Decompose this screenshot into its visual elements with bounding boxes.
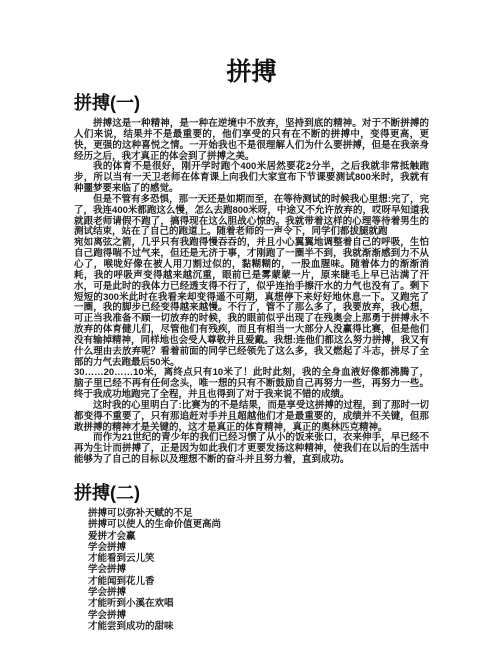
section-1-paragraph-5: 30……20……10米，离终点只有10米了！此时此刻，我的全身血液好像都沸腾了，… [74, 368, 429, 401]
section-2-heading: 拼搏(二) [74, 482, 429, 504]
section-1-paragraph-1: 拼搏这是一种精神，是一种在逆境中不放弃，坚持到底的精神。对于不断拼搏的人们来说，… [74, 119, 429, 162]
section-1-paragraph-2: 我的体育不是很好，刚开学时跑个400米居然要花2分半，之后我就非常抵触跑步，所以… [74, 162, 429, 195]
section-1-paragraph-6: 这时我的心里明白了:比赛为的不是结果，而是享受这拼搏的过程，到了那时一切都变得不… [74, 401, 429, 434]
poem-line-8: 学会拼搏 [88, 587, 429, 598]
poem-line-9: 才能听到小溪在欢唱 [88, 598, 429, 609]
poem-line-4: 学会拼搏 [88, 542, 429, 553]
poem-line-2: 拼搏可以使人的生命价值更高尚 [88, 519, 429, 530]
poem-block: 拼搏可以弥补天赋的不足 拼搏可以使人的生命价值更高尚 爱拼才会赢 学会拼搏 才能… [88, 508, 429, 632]
poem-line-6: 学会拼搏 [88, 564, 429, 575]
section-1-paragraph-7: 而作为21世纪的青少年的我们已经习惯了从小的饭来张口，衣来伸手，早已经不再为生计… [74, 433, 429, 466]
poem-line-10: 学会拼搏 [88, 610, 429, 621]
section-1-paragraph-4: 宛如离弦之箭，几乎只有我跑得慢吞吞的，并且小心翼翼地调整着自己的呼吸，生怕自己跑… [74, 238, 429, 368]
section-1-heading: 拼搏(一) [74, 92, 429, 114]
poem-line-1: 拼搏可以弥补天赋的不足 [88, 508, 429, 519]
section-1-paragraph-3: 但是不管有多恐惧，那一天还是如期而至，在等待测试的时候我心里想:完了，完了，我连… [74, 195, 429, 238]
document-page: 拼搏 拼搏(一) 拼搏这是一种精神，是一种在逆境中不放弃，坚持到底的精神。对于不… [0, 0, 500, 647]
poem-line-7: 才能闻到花儿香 [88, 576, 429, 587]
poem-line-3: 爱拼才会赢 [88, 531, 429, 542]
poem-line-5: 才能看到云儿笑 [88, 553, 429, 564]
poem-line-11: 才能尝到成功的甜味 [88, 621, 429, 632]
essay-title: 拼搏 [74, 58, 429, 86]
document-content: 拼搏 拼搏(一) 拼搏这是一种精神，是一种在逆境中不放弃，坚持到底的精神。对于不… [0, 0, 500, 632]
